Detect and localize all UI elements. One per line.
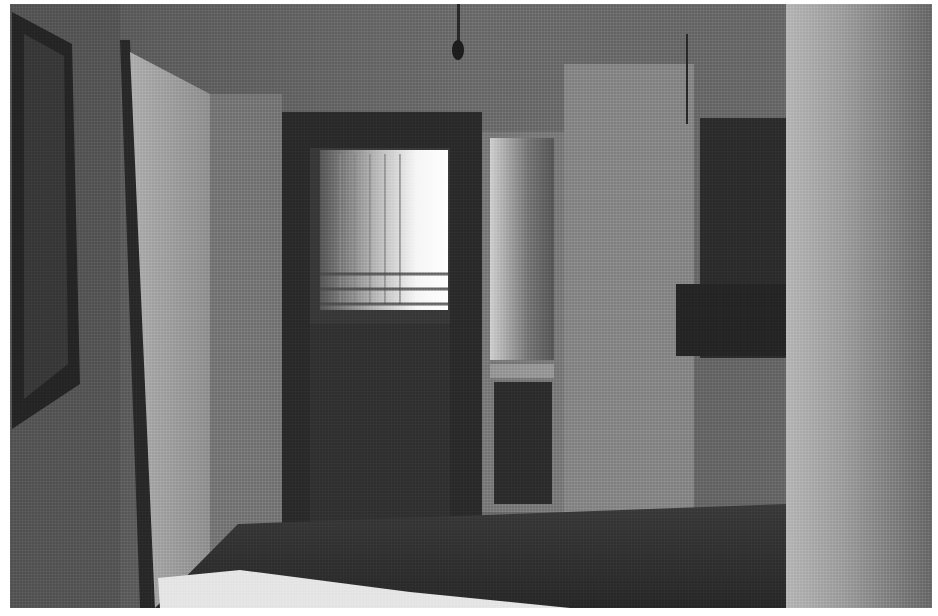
doorway-shadow	[310, 324, 450, 524]
ceiling-light-fixture	[452, 40, 464, 60]
hallway-photo	[10, 4, 932, 608]
side-lower-panel	[494, 382, 552, 504]
wall-cord	[686, 34, 688, 124]
foreground-pillar-right	[786, 4, 932, 608]
right-wall-lower	[694, 358, 786, 508]
cabinet-shelf	[676, 284, 786, 356]
right-wall-section	[564, 64, 694, 514]
picture-frame-inner	[24, 34, 68, 399]
side-glass-panel	[490, 138, 554, 360]
wall-section	[210, 94, 282, 574]
light-cord	[457, 4, 460, 44]
photo-scene	[10, 4, 932, 608]
side-panel-rail	[490, 364, 554, 378]
